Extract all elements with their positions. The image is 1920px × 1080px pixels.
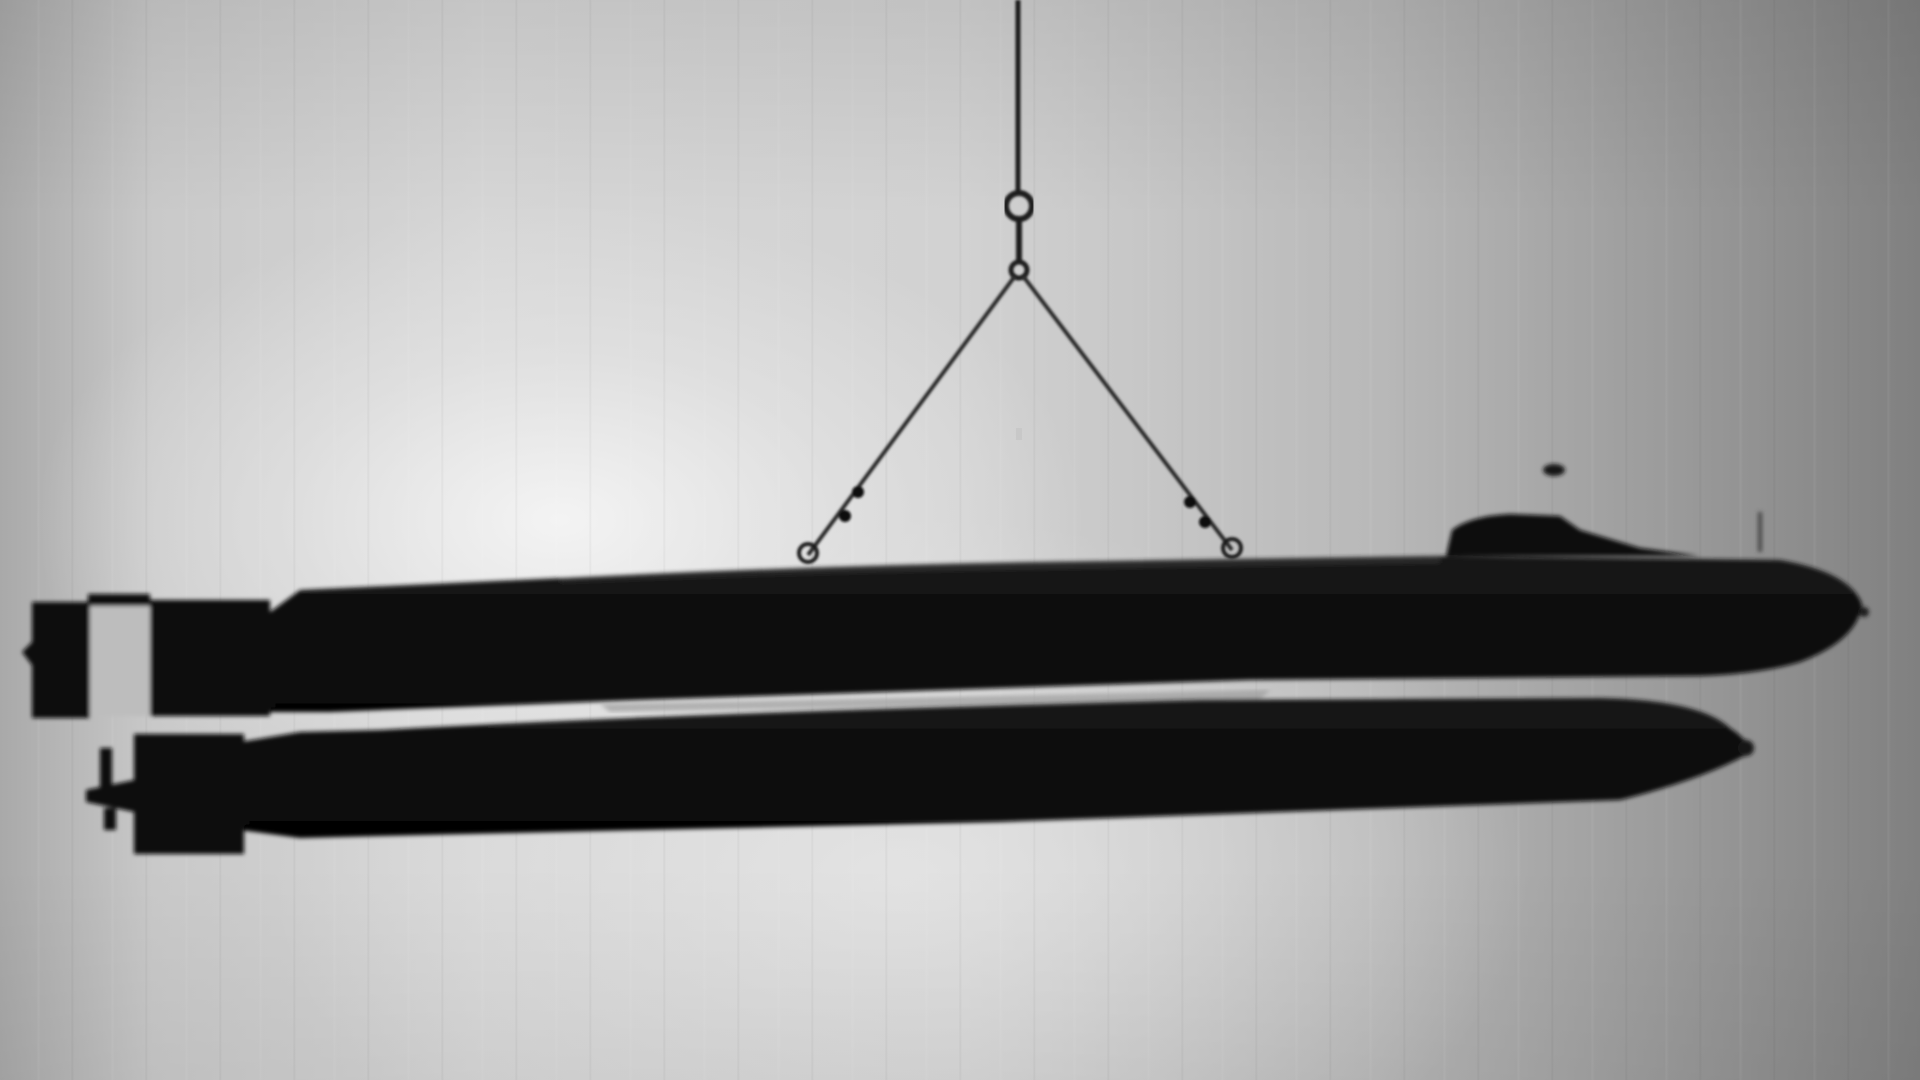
tower-fitting bbox=[1543, 464, 1565, 476]
conning-tower bbox=[1446, 514, 1700, 556]
submarine-hull bbox=[270, 556, 1862, 712]
torpedo-nose bbox=[1738, 740, 1754, 756]
propeller-guard-bar-top bbox=[88, 594, 150, 606]
sling bbox=[799, 276, 1241, 562]
shackle-right-lower bbox=[1199, 516, 1211, 528]
shackle-left-lower bbox=[839, 510, 851, 522]
wall-mark bbox=[1016, 428, 1022, 440]
propeller-guard bbox=[88, 600, 150, 716]
sling-leg-left bbox=[808, 276, 1015, 555]
torpedo bbox=[86, 698, 1754, 854]
shackle-left-upper bbox=[852, 486, 864, 498]
bow-tip bbox=[1859, 607, 1869, 617]
sling-leg-right bbox=[1023, 276, 1232, 550]
torpedo-fin-upper bbox=[100, 748, 112, 790]
hook-ring-icon bbox=[1006, 193, 1032, 219]
rudder-block bbox=[32, 602, 90, 718]
torpedo-tail-block bbox=[134, 734, 244, 854]
rudder-fin bbox=[22, 640, 34, 668]
crane-hook bbox=[1006, 0, 1032, 278]
tail-section bbox=[150, 600, 270, 716]
shackle-right-upper bbox=[1184, 496, 1196, 508]
torpedo-body bbox=[240, 698, 1749, 838]
torpedo-fin-lower bbox=[104, 808, 116, 830]
periscope-icon bbox=[1758, 512, 1762, 552]
submarine bbox=[22, 464, 1869, 718]
scene bbox=[0, 0, 1920, 1080]
photograph: Black-and-white photograph of a midget s… bbox=[0, 0, 1920, 1080]
